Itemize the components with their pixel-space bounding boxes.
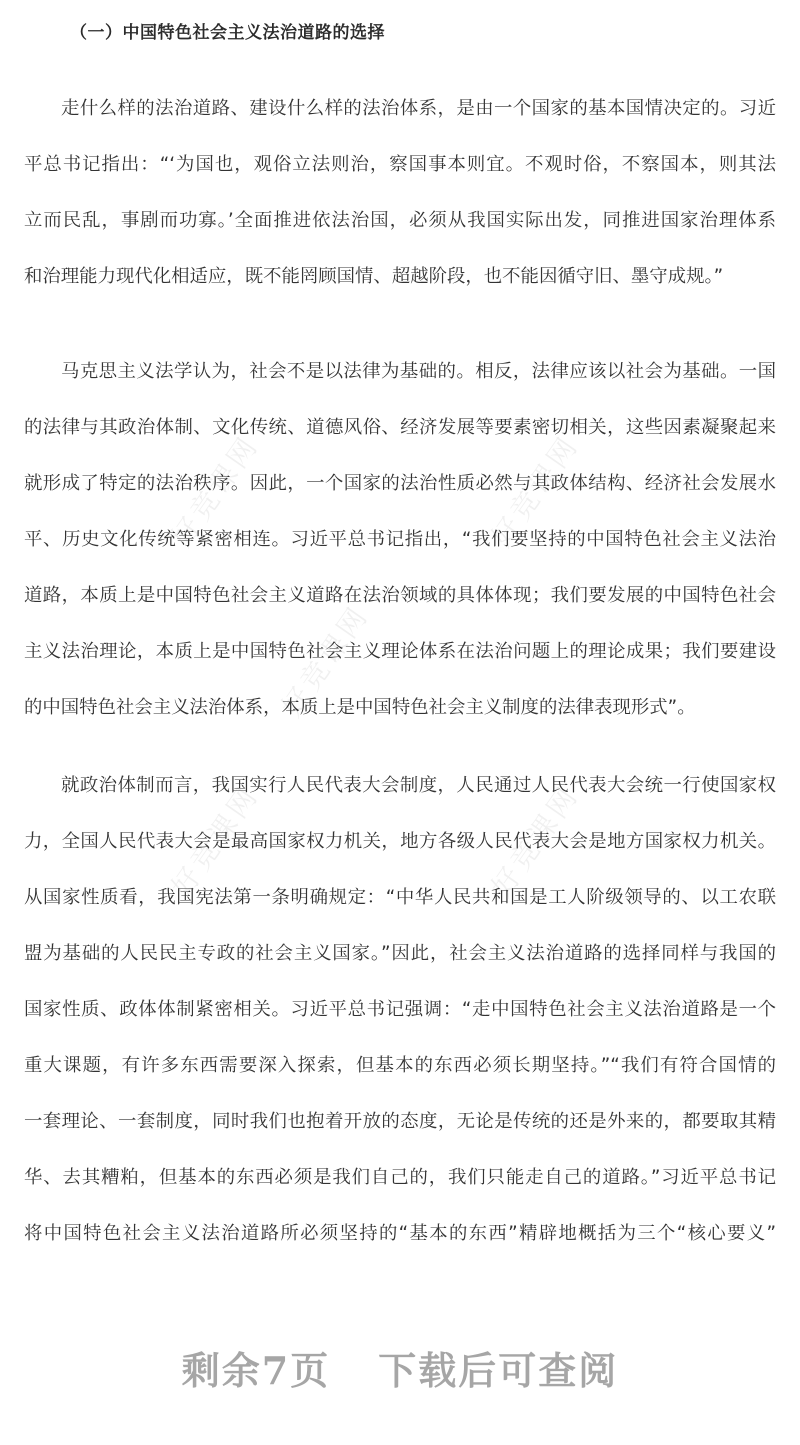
text-line: 力，全国人民代表大会是最高国家权力机关，地方各级人民代表大会是地方国家权力机关。 — [24, 828, 776, 884]
section-heading: （一）中国特色社会主义法治道路的选择 — [70, 18, 385, 43]
text-line: 和治理能力现代化相适应，既不能罔顾国情、超越阶段，也不能因循守旧、墨守成规。” — [24, 263, 776, 319]
text-line: 走什么样的法治道路、建设什么样的法治体系，是由一个国家的基本国情决定的。习近 — [24, 95, 776, 151]
text-line: 盟为基础的人民民主专政的社会主义国家。”因此，社会主义法治道路的选择同样与我国的 — [24, 940, 776, 996]
paragraph-2: 马克思主义法学认为，社会不是以法律为基础的。相反，法律应该以社会为基础。一国 的… — [24, 358, 776, 750]
text-line: 重大课题，有许多东西需要深入探索，但基本的东西必须长期坚持。”“我们有符合国情的 — [24, 1052, 776, 1108]
text-line: 将中国特色社会主义法治道路所必须坚持的“基本的东西”精辟地概括为三个“核心要义” — [24, 1220, 776, 1276]
text-line: 平总书记指出：“‘为国也，观俗立法则治，察国事本则宜。不观时俗，不察国本，则其法 — [24, 151, 776, 207]
text-line: 的法律与其政治体制、文化传统、道德风俗、经济发展等要素密切相关，这些因素凝聚起来 — [24, 414, 776, 470]
remaining-pages-label[interactable]: 剩余7页 — [182, 1340, 330, 1395]
text-line: 国家性质、政体体制紧密相关。习近平总书记强调：“走中国特色社会主义法治道路是一个 — [24, 996, 776, 1052]
download-to-read-more-banner[interactable]: 剩余7页下载后可查阅 — [0, 1340, 800, 1395]
text-line: 平、历史文化传统等紧密相连。习近平总书记指出，“我们要坚持的中国特色社会主义法治 — [24, 526, 776, 582]
text-line: 从国家性质看，我国宪法第一条明确规定：“中华人民共和国是工人阶级领导的、以工农联 — [24, 884, 776, 940]
text-line: 一套理论、一套制度，同时我们也抱着开放的态度，无论是传统的还是外来的，都要取其精 — [24, 1108, 776, 1164]
paragraph-1: 走什么样的法治道路、建设什么样的法治体系，是由一个国家的基本国情决定的。习近 平… — [24, 95, 776, 319]
download-to-view-label[interactable]: 下载后可查阅 — [378, 1340, 618, 1395]
text-line: 立而民乱，事剧而功寡。’全面推进依法治国，必须从我国实际出发，同推进国家治理体系 — [24, 207, 776, 263]
text-line: 华、去其糟粕，但基本的东西必须是我们自己的，我们只能走自己的道路。”习近平总书记 — [24, 1164, 776, 1220]
text-line: 马克思主义法学认为，社会不是以法律为基础的。相反，法律应该以社会为基础。一国 — [24, 358, 776, 414]
text-line: 道路，本质上是中国特色社会主义道路在法治领域的具体体现；我们要发展的中国特色社会 — [24, 582, 776, 638]
paragraph-3: 就政治体制而言，我国实行人民代表大会制度，人民通过人民代表大会统一行使国家权 力… — [24, 772, 776, 1276]
text-line: 就政治体制而言，我国实行人民代表大会制度，人民通过人民代表大会统一行使国家权 — [24, 772, 776, 828]
text-line: 就形成了特定的法治秩序。因此，一个国家的法治性质必然与其政体结构、经济社会发展水 — [24, 470, 776, 526]
text-line: 的中国特色社会主义法治体系，本质上是中国特色社会主义制度的法律表现形式”。 — [24, 694, 776, 750]
document-page: 好竞课网 好竞课网 好竞课网 好竞课网 好竞课网 （一）中国特色社会主义法治道路… — [0, 0, 800, 1445]
text-line: 主义法治理论，本质上是中国特色社会主义理论体系在法治问题上的理论成果；我们要建设 — [24, 638, 776, 694]
